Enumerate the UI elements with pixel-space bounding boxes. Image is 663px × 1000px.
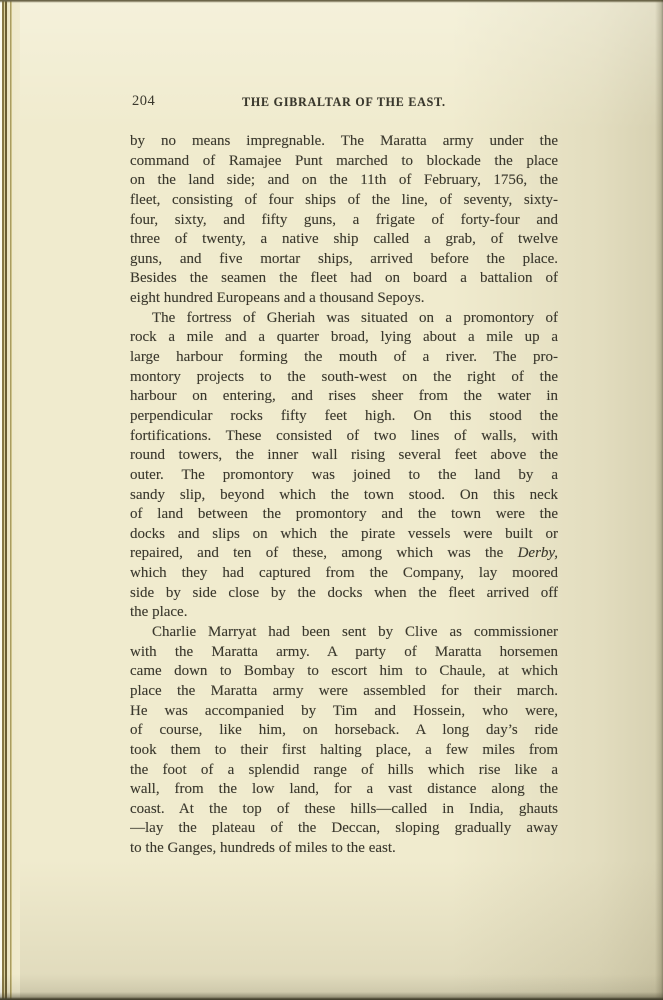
text-line: outer. The promontory was joined to the … bbox=[130, 466, 558, 486]
text-line: —lay the plateau of the Deccan, sloping … bbox=[130, 819, 558, 839]
text-line: The fortress of Gheriah was situated on … bbox=[130, 309, 558, 329]
text-line: montory projects to the south-west on th… bbox=[130, 368, 558, 388]
text-line: came down to Bombay to escort him to Cha… bbox=[130, 662, 558, 682]
text-line: large harbour forming the mouth of a riv… bbox=[130, 348, 558, 368]
text-line: eight hundred Europeans and a thousand S… bbox=[130, 289, 558, 309]
text-line: on the land side; and on the 11th of Feb… bbox=[130, 171, 558, 191]
text-line: which they had captured from the Company… bbox=[130, 564, 558, 584]
text-line: to the Ganges, hundreds of miles to the … bbox=[130, 839, 558, 859]
paragraph: by no means impregnable. The Maratta arm… bbox=[130, 132, 558, 309]
paragraph: The fortress of Gheriah was situated on … bbox=[130, 309, 558, 623]
text-line: perpendicular rocks fifty feet high. On … bbox=[130, 407, 558, 427]
page-bottom-edge bbox=[0, 974, 663, 1000]
text-line: with the Maratta army. A party of Maratt… bbox=[130, 643, 558, 663]
text-block: by no means impregnable. The Maratta arm… bbox=[130, 132, 558, 859]
text-line: side by side close by the docks when the… bbox=[130, 584, 558, 604]
text-line: He was accompanied by Tim and Hossein, w… bbox=[130, 702, 558, 722]
text-line: Besides the seamen the fleet had on boar… bbox=[130, 269, 558, 289]
text-line: round towers, the inner wall rising seve… bbox=[130, 446, 558, 466]
text-line: guns, and five mortar ships, arrived bef… bbox=[130, 250, 558, 270]
text-line: place the Maratta army were assembled fo… bbox=[130, 682, 558, 702]
text-line: of land between the promontory and the t… bbox=[130, 505, 558, 525]
text-line: repaired, and ten of these, among which … bbox=[130, 544, 558, 564]
text-line: three of twenty, a native ship called a … bbox=[130, 230, 558, 250]
page-top-edge bbox=[0, 0, 663, 3]
text-line: took them to their first halting place, … bbox=[130, 741, 558, 761]
text-line: fleet, consisting of four ships of the l… bbox=[130, 191, 558, 211]
text-line: of course, like him, on horseback. A lon… bbox=[130, 721, 558, 741]
text-line: Charlie Marryat had been sent by Clive a… bbox=[130, 623, 558, 643]
text-line: rock a mile and a quarter broad, lying a… bbox=[130, 328, 558, 348]
page-right-edge bbox=[655, 0, 663, 1000]
text-line: command of Ramajee Punt marched to block… bbox=[130, 152, 558, 172]
paragraph: Charlie Marryat had been sent by Clive a… bbox=[130, 623, 558, 859]
page-header: 204 THE GIBRALTAR OF THE EAST. bbox=[130, 93, 558, 113]
book-gutter-edge bbox=[0, 0, 20, 1000]
book-page: 204 THE GIBRALTAR OF THE EAST. by no mea… bbox=[0, 0, 663, 1000]
text-line: fortifications. These consisted of two l… bbox=[130, 427, 558, 447]
text-line: four, sixty, and fifty guns, a frigate o… bbox=[130, 211, 558, 231]
text-line: harbour on entering, and rises sheer fro… bbox=[130, 387, 558, 407]
text-line: by no means impregnable. The Maratta arm… bbox=[130, 132, 558, 152]
text-line: wall, from the low land, for a vast dist… bbox=[130, 780, 558, 800]
text-line: the place. bbox=[130, 603, 558, 623]
text-line: sandy slip, beyond which the town stood.… bbox=[130, 486, 558, 506]
running-title: THE GIBRALTAR OF THE EAST. bbox=[147, 93, 541, 110]
text-line: coast. At the top of these hills—called … bbox=[130, 800, 558, 820]
text-line: the foot of a splendid range of hills wh… bbox=[130, 761, 558, 781]
text-line: docks and slips on which the pirate vess… bbox=[130, 525, 558, 545]
